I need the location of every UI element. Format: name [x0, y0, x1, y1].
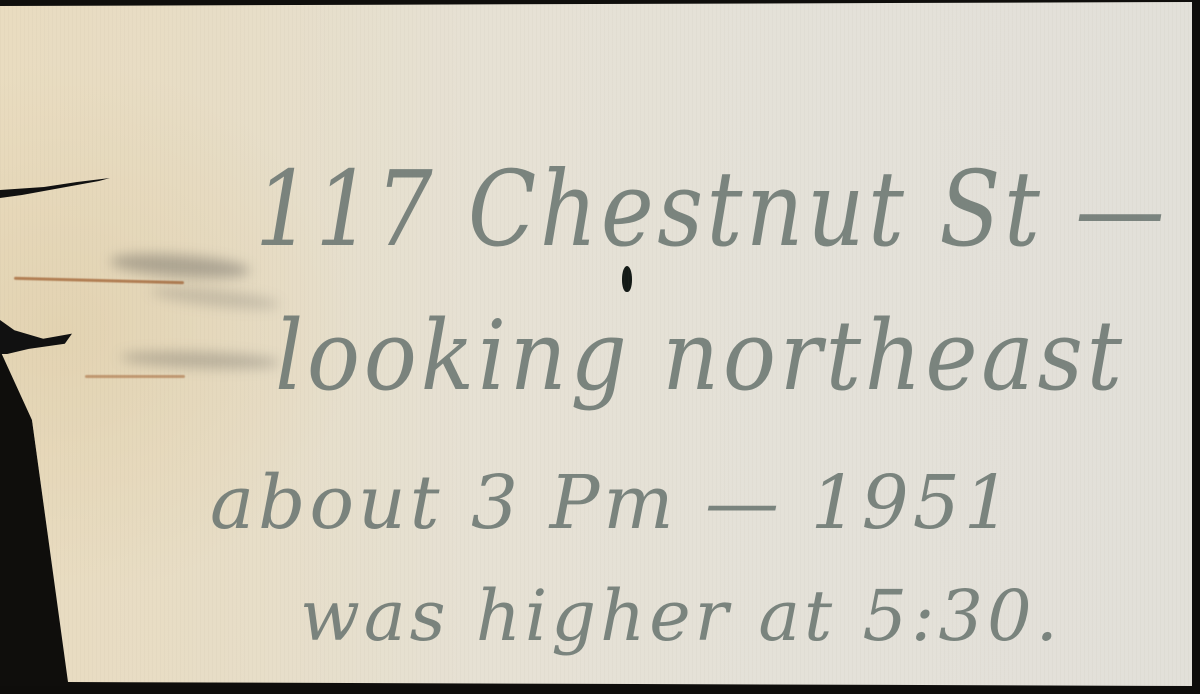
rust-stain — [85, 375, 185, 378]
paper-slip: 117 Chestnut St — looking northeast abou… — [0, 0, 1200, 694]
scan-border — [0, 686, 1200, 694]
graphite-smudge — [150, 283, 281, 313]
graphite-smudge — [109, 250, 250, 282]
scan-border — [1192, 0, 1200, 694]
scan-stage: 117 Chestnut St — looking northeast abou… — [0, 0, 1200, 694]
rust-stain — [14, 277, 184, 284]
note-line-time-year: about 3 Pm — 1951 — [210, 460, 1015, 546]
note-line-remark: was higher at 5:30. — [300, 575, 1062, 657]
note-line-address: 117 Chestnut St — — [255, 148, 1168, 270]
graphite-smudge — [120, 349, 280, 371]
note-line-direction: looking northeast — [275, 300, 1126, 412]
